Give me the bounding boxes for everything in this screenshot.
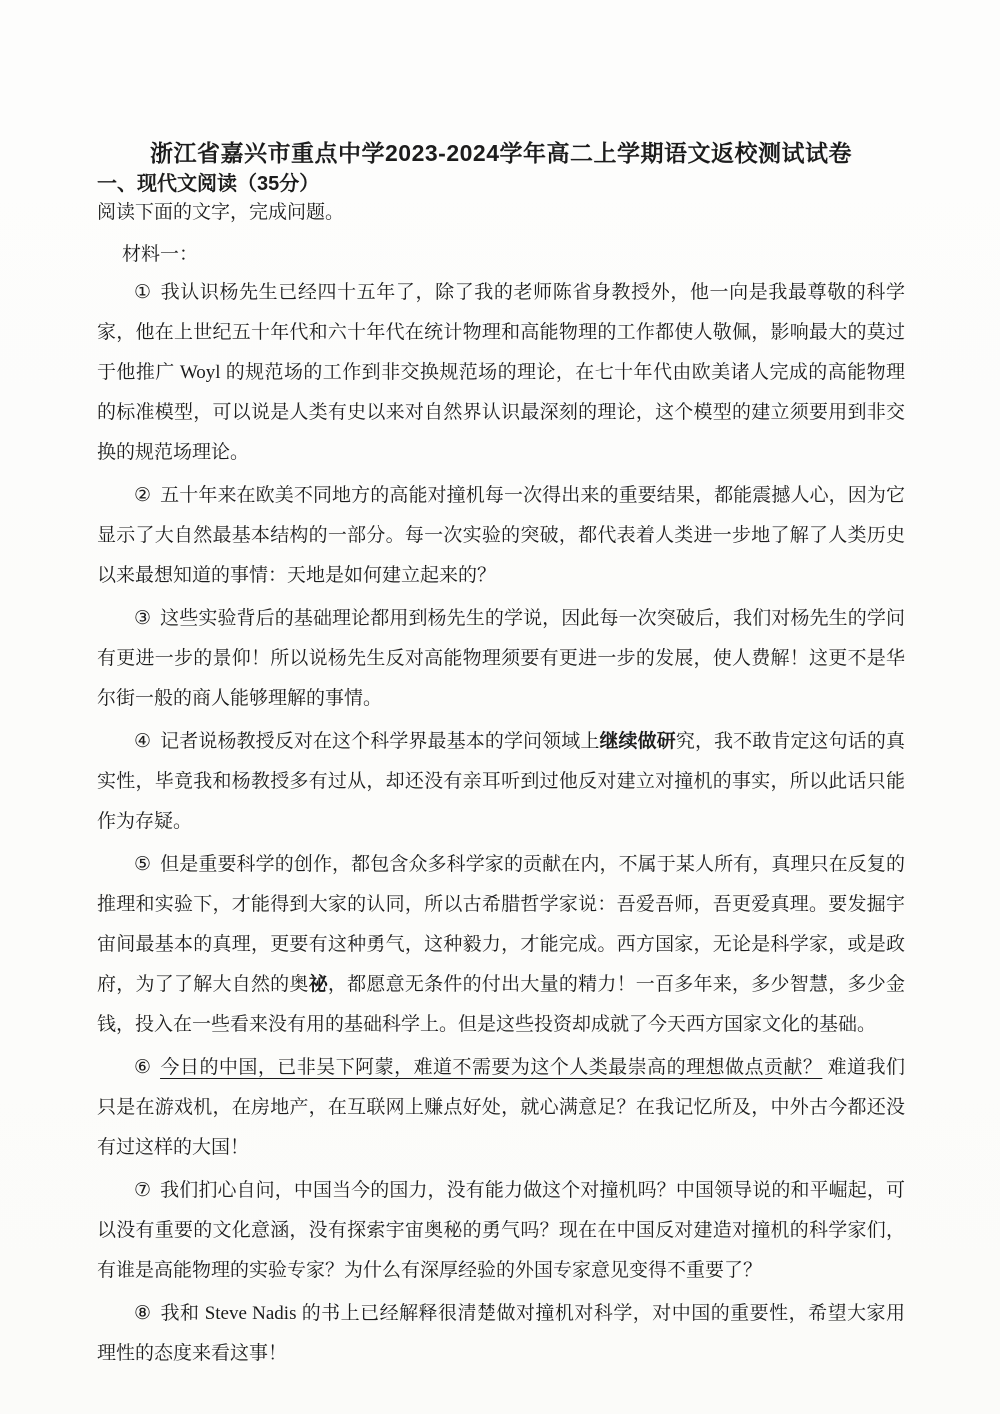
section-heading: 一、现代文阅读（35分）: [97, 170, 905, 198]
paragraph-5: ⑤但是重要科学的创作，都包含众多科学家的贡献在内，不属于某人所有，真理只在反复的…: [97, 845, 905, 1045]
paragraph-3-text: 这些实验背后的基础理论都用到杨先生的学说，因此每一次突破后，我们对杨先生的学问有…: [97, 608, 905, 709]
document-page: 浙江省嘉兴市重点中学2023-2024学年高二上学期语文返校测试试卷 一、现代文…: [0, 0, 1000, 1414]
paragraph-2-number-icon: ②: [134, 476, 151, 516]
paragraph-4: ④记者说杨教授反对在这个科学界最基本的学问领域上继续做研究，我不敢肯定这句话的真…: [97, 722, 905, 842]
paragraph-6: ⑥今日的中国，已非吴下阿蒙，难道不需要为这个人类最崇高的理想做点贡献？ 难道我们…: [97, 1048, 905, 1168]
paragraph-1: ①我认识杨先生已经四十五年了，除了我的老师陈省身教授外，他一向是我最尊敬的科学家…: [97, 273, 905, 473]
paragraph-5-text-bold: 祕: [309, 974, 328, 995]
paragraph-4-number-icon: ④: [134, 722, 151, 762]
document-title: 浙江省嘉兴市重点中学2023-2024学年高二上学期语文返校测试试卷: [97, 138, 905, 168]
paragraph-7-number-icon: ⑦: [134, 1171, 151, 1211]
paragraph-1-text: 我认识杨先生已经四十五年了，除了我的老师陈省身教授外，他一向是我最尊敬的科学家，…: [97, 282, 905, 463]
paragraph-7-text: 我们扪心自问，中国当今的国力，没有能力做这个对撞机吗？中国领导说的和平崛起，可以…: [97, 1180, 905, 1281]
paragraph-8-text: 我和 Steve Nadis 的书上已经解释很清楚做对撞机对科学，对中国的重要性…: [97, 1303, 905, 1364]
paragraph-4-text-lead: 记者说杨教授反对在这个科学界最基本的学问领域上: [160, 731, 599, 752]
paragraph-3: ③这些实验背后的基础理论都用到杨先生的学说，因此每一次突破后，我们对杨先生的学问…: [97, 599, 905, 719]
material-label: 材料一：: [122, 242, 905, 268]
paragraph-6-number-icon: ⑥: [134, 1048, 151, 1088]
paragraph-2-text: 五十年来在欧美不同地方的高能对撞机每一次得出来的重要结果，都能震撼人心，因为它显…: [97, 485, 905, 586]
paragraph-2: ②五十年来在欧美不同地方的高能对撞机每一次得出来的重要结果，都能震撼人心，因为它…: [97, 476, 905, 596]
paragraph-7: ⑦我们扪心自问，中国当今的国力，没有能力做这个对撞机吗？中国领导说的和平崛起，可…: [97, 1171, 905, 1291]
paragraph-4-text-bold: 继续做研: [599, 731, 675, 752]
paragraph-3-number-icon: ③: [134, 599, 151, 639]
paragraph-8-number-icon: ⑧: [134, 1294, 151, 1334]
paragraph-5-number-icon: ⑤: [134, 845, 151, 885]
material-body: ①我认识杨先生已经四十五年了，除了我的老师陈省身教授外，他一向是我最尊敬的科学家…: [97, 273, 905, 1374]
paragraph-6-text-underlined: 今日的中国，已非吴下阿蒙，难道不需要为这个人类最崇高的理想做点贡献？: [160, 1057, 822, 1078]
instruction-text: 阅读下面的文字，完成问题。: [97, 200, 905, 226]
paragraph-8: ⑧我和 Steve Nadis 的书上已经解释很清楚做对撞机对科学，对中国的重要…: [97, 1294, 905, 1374]
paragraph-1-number-icon: ①: [134, 273, 151, 313]
